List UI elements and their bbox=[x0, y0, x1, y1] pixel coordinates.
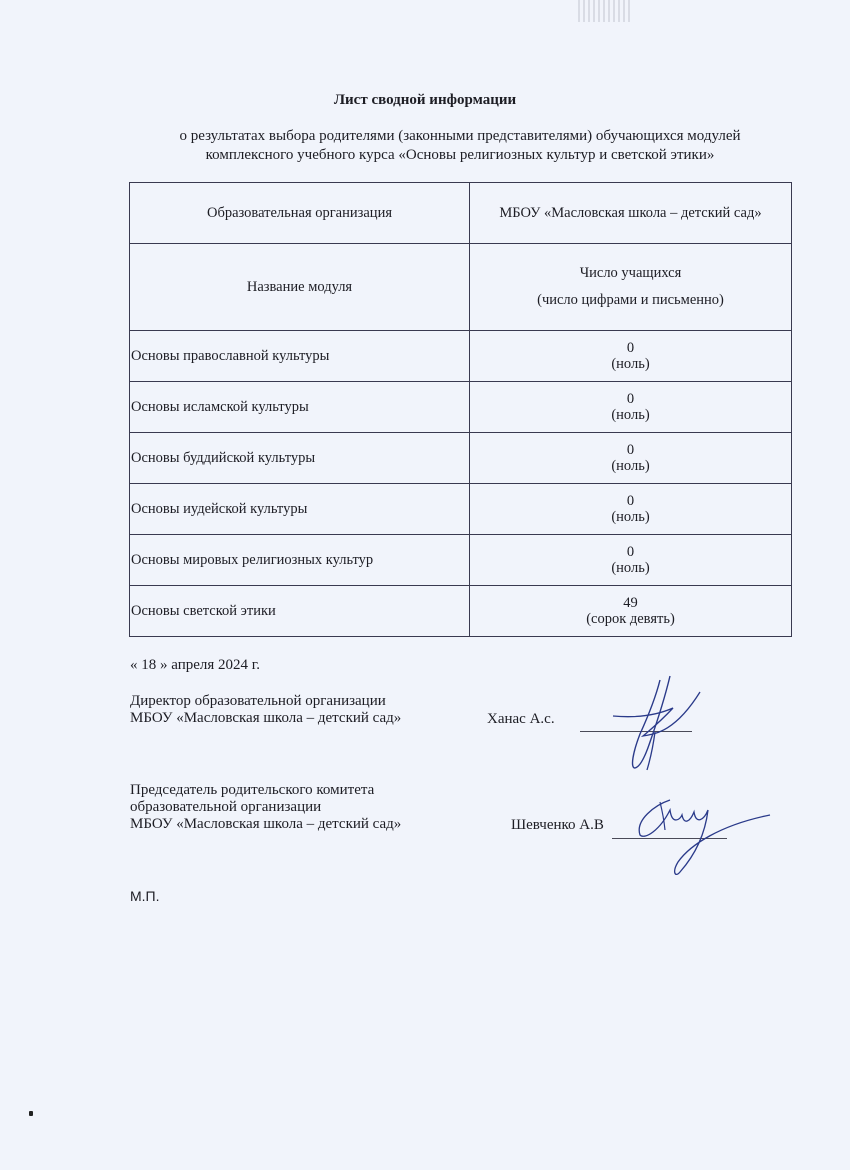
table-row: Основы православной культуры 0(ноль) bbox=[130, 331, 792, 382]
count-number: 49 bbox=[470, 595, 791, 611]
subtitle-line-2: комплексного учебного курса «Основы рели… bbox=[130, 146, 790, 165]
director-title-line1: Директор образовательной организации bbox=[130, 693, 401, 710]
count-words: (сорок девять) bbox=[470, 611, 791, 627]
col-count-header-line2: (число цифрами и письменно) bbox=[537, 292, 724, 308]
chairman-title-line3: МБОУ «Масловская школа – детский сад» bbox=[130, 816, 401, 833]
module-name: Основы православной культуры bbox=[130, 331, 470, 382]
count-words: (ноль) bbox=[470, 560, 791, 576]
document-date: « 18 » апреля 2024 г. bbox=[130, 657, 260, 674]
count-words: (ноль) bbox=[470, 509, 791, 525]
count-number: 0 bbox=[470, 544, 791, 560]
count-number: 0 bbox=[470, 391, 791, 407]
director-signature bbox=[595, 672, 710, 772]
table-row: Основы исламской культуры 0(ноль) bbox=[130, 382, 792, 433]
module-name: Основы буддийской культуры bbox=[130, 433, 470, 484]
module-count: 0(ноль) bbox=[470, 433, 792, 484]
module-count: 0(ноль) bbox=[470, 535, 792, 586]
table-row: Основы иудейской культуры 0(ноль) bbox=[130, 484, 792, 535]
chairman-name: Шевченко А.В bbox=[511, 817, 604, 834]
director-title: Директор образовательной организации МБО… bbox=[130, 693, 401, 727]
document-subtitle: о результатах выбора родителями (законны… bbox=[130, 127, 790, 165]
org-row: Образовательная организация МБОУ «Маслов… bbox=[130, 183, 792, 244]
module-count: 0(ноль) bbox=[470, 331, 792, 382]
count-number: 0 bbox=[470, 442, 791, 458]
scan-speck bbox=[29, 1111, 33, 1116]
header-row: Название модуля Число учащихся (число ци… bbox=[130, 244, 792, 331]
org-label: Образовательная организация bbox=[130, 183, 470, 244]
module-name: Основы мировых религиозных культур bbox=[130, 535, 470, 586]
module-name: Основы светской этики bbox=[130, 586, 470, 637]
col-count-header: Число учащихся (число цифрами и письменн… bbox=[470, 244, 792, 331]
module-count: 0(ноль) bbox=[470, 382, 792, 433]
table-row: Основы светской этики 49(сорок девять) bbox=[130, 586, 792, 637]
count-number: 0 bbox=[470, 340, 791, 356]
table-row: Основы буддийской культуры 0(ноль) bbox=[130, 433, 792, 484]
stamp-placeholder: М.П. bbox=[130, 888, 160, 904]
module-count: 0(ноль) bbox=[470, 484, 792, 535]
document-title: Лист сводной информации bbox=[0, 92, 850, 109]
count-words: (ноль) bbox=[470, 458, 791, 474]
chairman-title-line1: Председатель родительского комитета bbox=[130, 782, 401, 799]
summary-table: Образовательная организация МБОУ «Маслов… bbox=[129, 182, 792, 637]
director-title-line2: МБОУ «Масловская школа – детский сад» bbox=[130, 710, 401, 727]
director-name: Ханас А.с. bbox=[487, 711, 555, 728]
org-value: МБОУ «Масловская школа – детский сад» bbox=[470, 183, 792, 244]
subtitle-line-1: о результатах выбора родителями (законны… bbox=[130, 127, 790, 146]
chairman-title: Председатель родительского комитета обра… bbox=[130, 782, 401, 833]
count-number: 0 bbox=[470, 493, 791, 509]
count-words: (ноль) bbox=[470, 356, 791, 372]
chairman-signature bbox=[620, 780, 780, 880]
count-words: (ноль) bbox=[470, 407, 791, 423]
chairman-title-line2: образовательной организации bbox=[130, 799, 401, 816]
col-module-header: Название модуля bbox=[130, 244, 470, 331]
scan-artifact bbox=[578, 0, 630, 22]
col-count-header-line1: Число учащихся bbox=[470, 265, 791, 282]
module-name: Основы иудейской культуры bbox=[130, 484, 470, 535]
table-row: Основы мировых религиозных культур 0(нол… bbox=[130, 535, 792, 586]
module-name: Основы исламской культуры bbox=[130, 382, 470, 433]
module-count: 49(сорок девять) bbox=[470, 586, 792, 637]
